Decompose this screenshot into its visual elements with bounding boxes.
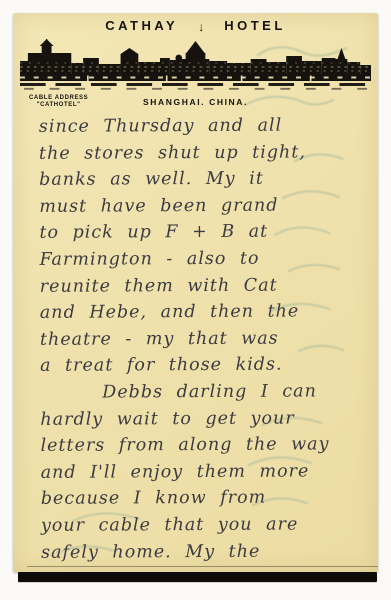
letter-line: letters from along the way — [40, 434, 368, 462]
scan-shadow-strip — [18, 572, 377, 582]
letter-line: theatre - my that was — [40, 328, 368, 356]
letterhead-location: SHANGHAI. CHINA. — [13, 97, 378, 107]
letter-line: must have been grand — [39, 195, 367, 223]
letter-line: hardly wait to get your — [40, 408, 368, 436]
letter-page: CATHAY ↓ HOTEL — [13, 13, 378, 572]
letter-line: Farmington - also to — [40, 248, 368, 276]
letter-line: the stores shut up tight, — [39, 142, 367, 170]
letter-line: banks as well. My it — [39, 168, 367, 196]
letter-line: Debbs darling I can — [40, 381, 368, 409]
letter-line: and I'll enjoy them more — [41, 461, 369, 489]
letterhead-subrow: CABLE ADDRESS "CATHOTEL" SHANGHAI. CHINA… — [13, 93, 378, 111]
hotel-name-right: HOTEL — [224, 18, 286, 33]
page-bottom-edge — [27, 566, 378, 567]
letterhead-title: CATHAY ↓ HOTEL — [13, 18, 378, 33]
shanghai-bund-skyline-illustration — [20, 39, 371, 91]
letter-line: a treat for those kids. — [40, 354, 368, 382]
letter-line: and Hebe, and then the — [40, 301, 368, 329]
hotel-name-left: CATHAY — [105, 18, 178, 33]
handwritten-letter-body: since Thursday and all the stores shut u… — [39, 115, 369, 569]
letter-line: reunite them with Cat — [40, 275, 368, 303]
letter-line: because I know from — [41, 487, 369, 515]
letter-line: safely home. My the — [41, 541, 369, 569]
down-arrow-icon: ↓ — [198, 20, 204, 34]
letter-line: since Thursday and all — [39, 115, 367, 143]
letter-line: your cable that you are — [41, 514, 369, 542]
letter-line: to pick up F + B at — [39, 222, 367, 250]
